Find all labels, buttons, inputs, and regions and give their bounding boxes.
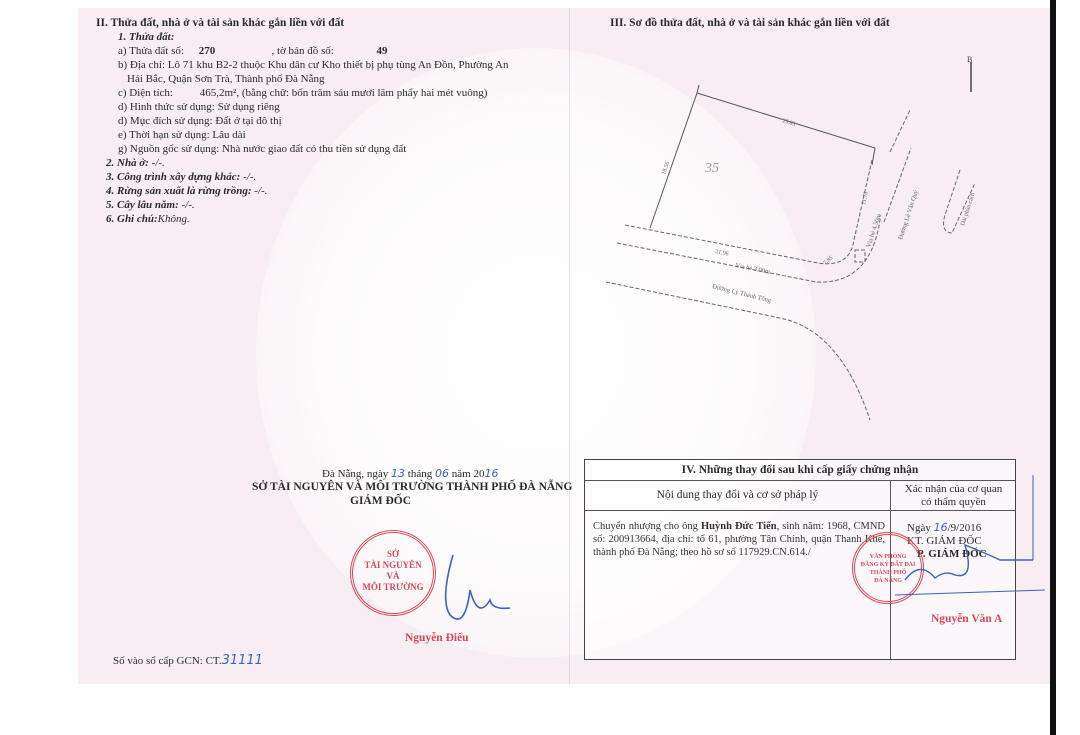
signature-deputy [0, 0, 1080, 735]
